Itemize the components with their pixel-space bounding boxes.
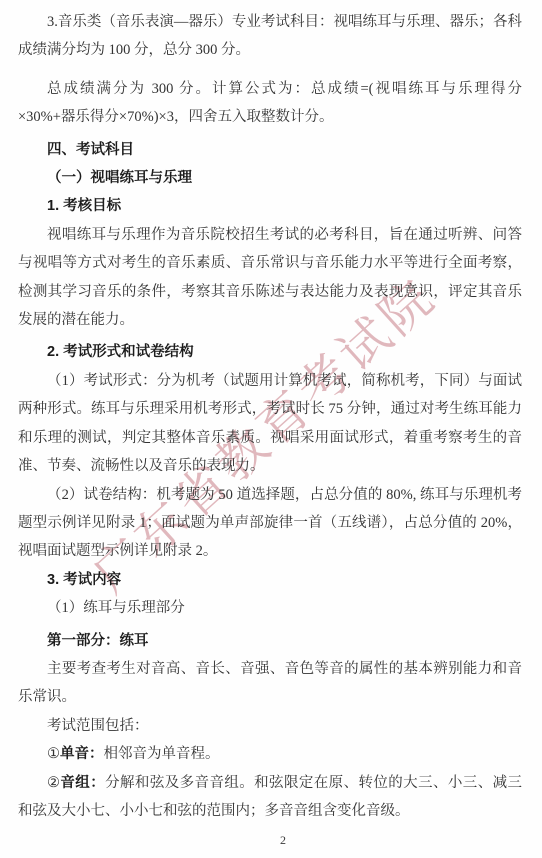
- paragraph-total-score-formula: 总成绩满分为 300 分。计算公式为：总成绩=(视唱练耳与乐理得分×30%+器乐…: [18, 75, 522, 132]
- bold-text-run: （一）视唱练耳与乐理: [47, 170, 192, 186]
- paragraph-scope-label: 考试范围包括：: [18, 712, 522, 740]
- paragraph-ear-training-intro: 主要考查考生对音高、音长、音强、音色等音的属性的基本辨别能力和音乐常识。: [18, 655, 522, 712]
- heading-exam-content: 3. 考试内容: [18, 566, 522, 594]
- text-run: 考试范围包括：: [47, 718, 149, 734]
- text-run: 相邻音为单音程。: [104, 746, 220, 762]
- document-page: 广东省教育考试院 3.音乐类（音乐表演—器乐）专业考试科目：视唱练耳与乐理、器乐…: [0, 0, 542, 858]
- paragraph-assessment-goal: 视唱练耳与乐理作为音乐院校招生考试的必考科目，旨在通过听辨、问答与视唱等方式对考…: [18, 221, 522, 335]
- bold-text-run: 音组：: [60, 775, 105, 791]
- text-run: ②: [47, 775, 60, 791]
- bold-text-run: 第一部分：练耳: [47, 633, 149, 649]
- heading-part-one-ear-training: 第一部分：练耳: [18, 627, 522, 655]
- paragraph-part-label: （1）练耳与乐理部分: [18, 594, 522, 622]
- paragraph-exam-subjects: 3.音乐类（音乐表演—器乐）专业考试科目：视唱练耳与乐理、器乐；各科成绩满分均为…: [18, 8, 522, 65]
- paragraph-item-single-note: ①单音：相邻音为单音程。: [18, 740, 522, 768]
- text-run: （2）试卷结构：机考题为 50 道选择题，占总分值的 80%, 练耳与乐理机考题…: [18, 487, 522, 560]
- bold-text-run: 单音：: [60, 746, 104, 762]
- bold-text-run: 四、考试科目: [47, 142, 134, 158]
- bold-text-run: 1. 考核目标: [47, 198, 121, 214]
- heading-exam-format: 2. 考试形式和试卷结构: [18, 338, 522, 366]
- text-run: 主要考查考生对音高、音长、音强、音色等音的属性的基本辨别能力和音乐常识。: [18, 661, 522, 705]
- paragraph-item-note-group: ②音组：分解和弦及多音音组。和弦限定在原、转位的大三、小三、减三和弦及大小七、小…: [18, 769, 522, 826]
- heading-section-4: 四、考试科目: [18, 136, 522, 164]
- bold-text-run: 3. 考试内容: [47, 572, 121, 588]
- text-run: ①: [47, 746, 60, 762]
- document-body: 3.音乐类（音乐表演—器乐）专业考试科目：视唱练耳与乐理、器乐；各科成绩满分均为…: [0, 0, 542, 825]
- paragraph-paper-structure: （2）试卷结构：机考题为 50 道选择题，占总分值的 80%, 练耳与乐理机考题…: [18, 481, 522, 566]
- page-number: 2: [0, 833, 542, 848]
- heading-subsection-1: （一）视唱练耳与乐理: [18, 164, 522, 192]
- paragraph-exam-format: （1）考试形式：分为机考（试题用计算机考试，简称机考，下同）与面试两种形式。练耳…: [18, 367, 522, 481]
- bold-text-run: 2. 考试形式和试卷结构: [47, 344, 194, 360]
- text-run: 视唱练耳与乐理作为音乐院校招生考试的必考科目，旨在通过听辨、问答与视唱等方式对考…: [18, 227, 522, 328]
- heading-assessment-goal: 1. 考核目标: [18, 192, 522, 220]
- text-run: 3.音乐类（音乐表演—器乐）专业考试科目：视唱练耳与乐理、器乐；各科成绩满分均为…: [18, 14, 522, 58]
- text-run: （1）练耳与乐理部分: [47, 600, 185, 616]
- text-run: 总成绩满分为 300 分。计算公式为：总成绩=(视唱练耳与乐理得分×30%+器乐…: [18, 81, 522, 125]
- text-run: （1）考试形式：分为机考（试题用计算机考试，简称机考，下同）与面试两种形式。练耳…: [18, 373, 522, 474]
